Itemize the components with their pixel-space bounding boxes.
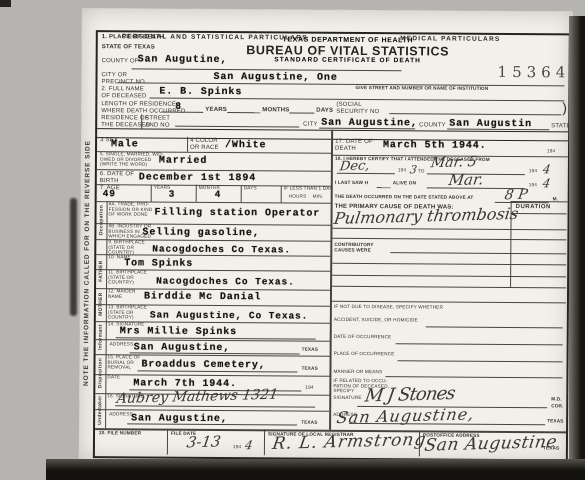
death-date-value: March 5th 1944. [383,140,487,152]
printed-194: 194 [305,386,313,391]
undertaker-address-label: ADDRESS [109,412,133,417]
informant-address-label: ADDRESS [110,342,134,347]
scan-corner-mark [0,0,11,7]
father-name-value: Tom Spinks [124,258,193,269]
residence-of-label: RESIDENCE OF [101,115,150,122]
maiden-name-value: Birddie Mc Danial [144,291,261,303]
rule [132,68,402,71]
certificate-form: 1. PLACE OF DEATH STATE OF TEXAS COUNTY … [93,30,571,461]
age-value: 49 [103,188,116,199]
reverse-side-note: NOTE THE INFORMATION CALLED FOR ON THE R… [83,140,92,386]
burial-date-label: DATE [107,375,120,380]
rule [141,114,142,128]
street-and-no-label: STREET [145,115,170,122]
of-deceased-label: OF DECEASED [101,93,146,100]
md-label: M.D. [551,397,562,402]
texas-label: TEXAS [302,348,318,353]
strip-disposition: Disposition [97,358,103,389]
last-saw-date-value: Mar. [447,170,484,189]
strip-mother: MOTHER [98,292,104,316]
file-date-value: 3-13 [186,432,223,451]
months-label: MONTHS [262,107,289,114]
duration-label: DURATION [516,204,551,211]
rule [227,112,260,113]
manner-means-label: MANNER OR MEANS [333,370,382,376]
scanned-death-certificate: NOTE THE INFORMATION CALLED FOR ON THE R… [0,0,585,480]
certificate-title: STANDARD CERTIFICATE OF DEATH [228,56,468,65]
physician-signature-label: SIGNATURE [333,396,361,401]
texas-label: TEXAS [301,367,317,372]
place-occurrence-label: PLACE OF OCCURRENCE [334,352,395,358]
strip-undertaker: Undertaker [97,395,103,424]
cause-of-death-value: Pulmonary thrombosis [333,204,520,228]
death-date-label: 17. DATE OF [335,139,373,146]
last-saw-year: 4 [542,176,552,190]
occupation-value: Filling station Operator [155,208,321,220]
min-label: MIN. [313,195,324,200]
county2-label: COUNTY [419,122,446,129]
hours-label: HOURS [289,194,307,199]
father-birthplace-value: Nacogdoches Co Texas. [156,276,295,288]
file-date-year: 4 [244,438,254,452]
strip-occupation: Occupation [98,205,104,236]
informant-signature-value: Mrs Millie Spinks [120,326,237,338]
attended-from-year: 3 [409,163,418,176]
ssn-label: (SOCIAL [336,102,379,109]
registration-number-stamp: 15364 [498,63,571,82]
state-label: STATE OF TEXAS [102,44,155,51]
postoffice-address-value: San Augustine [423,432,558,456]
industry-value: Selling gasoline, [142,227,259,239]
rule [289,112,314,113]
if-not-disease-label: IF NOT DUE TO DISEASE, SPECIFY WHETHER [334,305,443,311]
alive-on-label: ALIVE ON [393,181,416,186]
strip-informant: Informant [98,324,104,350]
certificate-paper: NOTE THE INFORMATION CALLED FOR ON THE R… [79,8,573,463]
state2-label: STATE [551,123,570,130]
rule [389,113,561,115]
scan-edge-right [569,16,585,480]
city-or-label: CITY OR [102,72,145,79]
race-label: 4 COLOR [190,138,219,145]
scan-edge-bottom [46,459,585,480]
city-precinct-value: San Augustine, One [213,72,337,84]
texas-label: TEXAS [543,446,559,451]
age-months-value: 4 [215,189,222,200]
birth-date-value: December 1st 1894 [139,172,256,184]
city-label: CITY [303,122,318,129]
age-years-value: 3 [169,189,176,200]
date-occurrence-label: DATE OF OCCURRENCE [334,335,392,341]
last-saw-label: I LAST SAW H [335,181,368,186]
days-label: DAYS [316,108,333,115]
death-occurred-label: THE DEATH OCCURRED ON THE DATE STATED AB… [335,195,474,201]
physician-signature-value: M J Stones [363,383,456,406]
burial-place-value: Broaddus Cemetery, [141,359,265,371]
fullname-label: 2. FULL NAME [101,86,146,93]
marital-value: Married [159,156,207,167]
rule [149,97,564,101]
birthplace-value: Nacogdoches Co Texas. [152,243,291,255]
strip-father: FATHER [98,260,104,281]
age-days-label: DAYS [244,186,257,191]
county-label: COUNTY OF [102,58,139,65]
printed-194: 194 [547,149,555,154]
residence-years-value: 8 [175,101,182,112]
attended-to-value: Mar. 5 [430,154,478,171]
mother-birthplace-value: San Augustine, Co Texas. [150,309,309,321]
if-less-label: IF LESS THAN 1 DAY [284,186,333,192]
column-divider [329,130,333,430]
years-label: YEARS [205,107,227,114]
accident-label: ACCIDENT, SUICIDE, OR HOMICIDE [334,318,418,324]
to-label: TO [418,169,425,174]
scan-smudge [70,198,77,316]
fullname-value: E. B. Spinks [159,87,242,99]
cor-label: COR. [551,404,563,409]
texas-label: TEXAS [301,421,317,426]
file-number-label: 20. FILE NUMBER [99,431,141,437]
local-registrar-signature: R. L. Armstrong [271,430,428,454]
rule [175,126,299,128]
sex-value: Male [111,139,139,150]
birth-date-label: 6. DATE OF [100,171,134,178]
street-hint-label: GIVE STREET AND NUMBER OR NAME OF INSTIT… [355,86,488,92]
race-value: /White [225,140,266,151]
ssn-paren: ) [562,99,567,115]
texas-label: TEXAS [547,419,563,424]
attended-to-year: 4 [542,162,552,176]
undertaker-signature-value: Aubrey Mathews 1321 [116,387,280,407]
